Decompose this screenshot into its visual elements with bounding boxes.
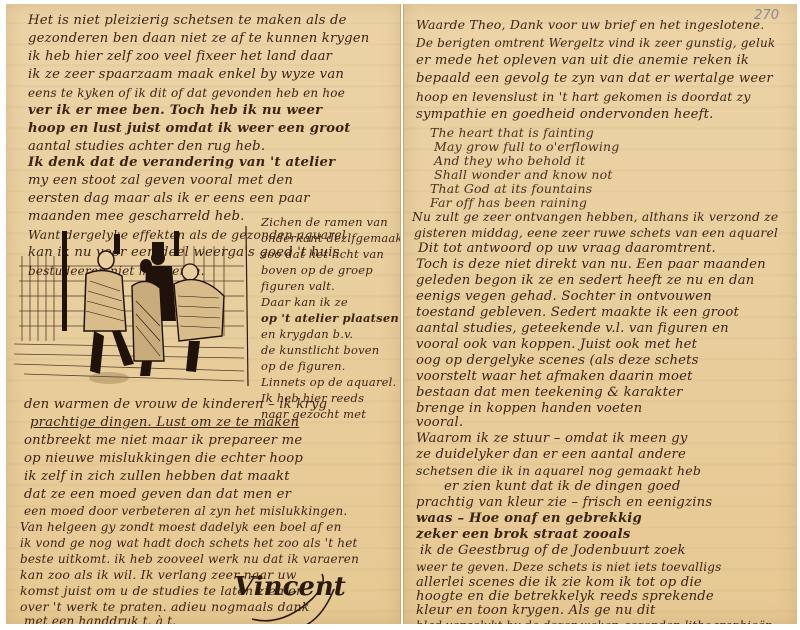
left-page-text-bottom: den warmen de vrouw de kinderen – ik kry… [6,4,400,624]
right-page: 270 Waarde Theo, Dank voor uw brief en h… [403,4,797,624]
text-line: blad vergelykt by de dezer weken gezonde… [416,616,773,624]
text-line: ontbreekt me niet maar ik prepareer me [24,432,302,450]
text-line: ik zelf in zich zullen hebben dat maakt [24,468,290,486]
text-line: met een handdruk t. à t. [24,612,176,624]
text-line: prachtige dingen. Lust om ze te maken [30,415,299,430]
left-page: Het is niet pleizierig schetsen te maken… [6,4,401,624]
right-page-text-bottom: Nu zult ge zeer ontvangen hebben, althan… [404,4,797,624]
signature: Vincent [234,572,346,602]
text-line: den warmen de vrouw de kinderen – ik kry… [24,396,327,414]
text-line: prachtige dingen. Lust om ze te maken [30,414,299,432]
text-line: op nieuwe mislukkingen die echter hoop [24,450,303,468]
letter-spread: Het is niet pleizierig schetsen te maken… [6,4,796,624]
